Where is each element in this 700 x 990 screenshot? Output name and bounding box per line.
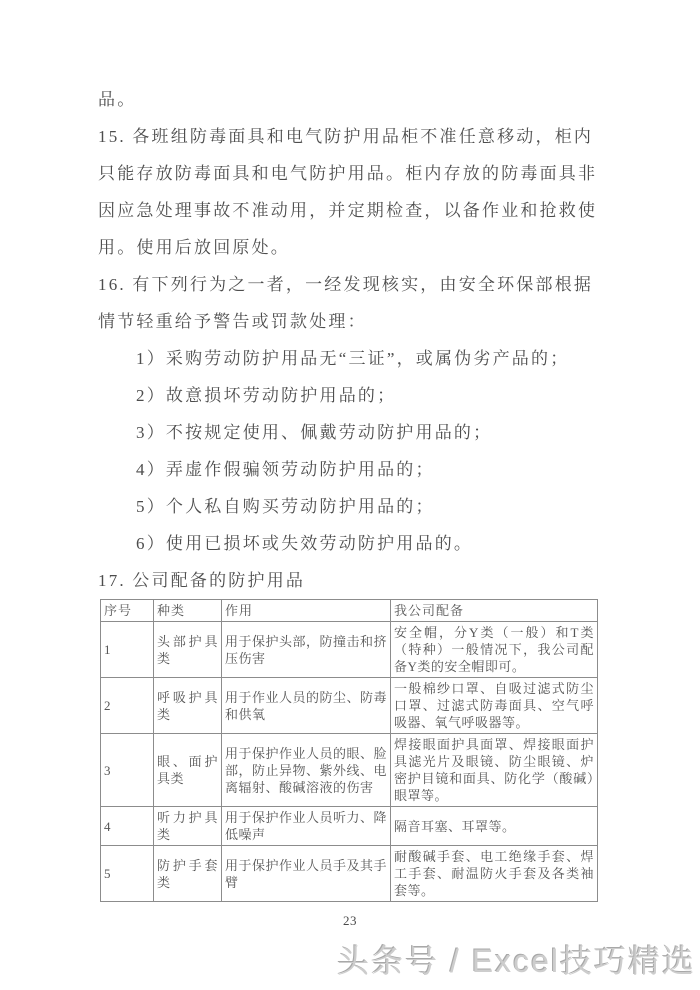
column-header-category: 种类 <box>154 600 222 622</box>
cell-provision: 耐酸碱手套、电工绝缘手套、焊工手套、耐温防火手套及各类袖套等。 <box>391 846 598 902</box>
document-page: 品。 15. 各班组防毒面具和电气防护用品柜不准任意移动，柜内 只能存放防毒面具… <box>0 0 700 990</box>
protective-equipment-table: 序号 种类 作用 我公司配备 1 头部护具类 用于保护头部，防撞击和挤压伤害 安… <box>100 599 598 902</box>
column-header-provision: 我公司配备 <box>391 600 598 622</box>
table-row: 3 眼、面护具类 用于保护作业人员的眼、脸部，防止异物、紫外线、电离辐射、酸碱溶… <box>101 734 598 807</box>
cell-function: 用于保护作业人员手及其手臂 <box>222 846 391 902</box>
table-row: 1 头部护具类 用于保护头部，防撞击和挤压伤害 安全帽，分Y类（一般）和T类（特… <box>101 622 598 678</box>
column-header-function: 作用 <box>222 600 391 622</box>
cell-category: 防护手套类 <box>154 846 222 902</box>
text-line: 用。使用后放回原处。 <box>98 229 604 266</box>
body-text: 品。 15. 各班组防毒面具和电气防护用品柜不准任意移动，柜内 只能存放防毒面具… <box>98 81 604 599</box>
cell-provision: 焊接眼面护具面罩、焊接眼面护具滤光片及眼镜、防尘眼镜、炉密护目镜和面具、防化学（… <box>391 734 598 807</box>
cell-category: 头部护具类 <box>154 622 222 678</box>
text-line-item-17-title: 17. 公司配备的防护用品 <box>98 562 604 599</box>
cell-category: 呼吸护具类 <box>154 678 222 734</box>
cell-function: 用于保护作业人员听力、降低噪声 <box>222 807 391 846</box>
column-header-serial: 序号 <box>101 600 154 622</box>
cell-provision: 安全帽，分Y类（一般）和T类（特种）一般情况下，我公司配备Y类的安全帽即可。 <box>391 622 598 678</box>
text-line: 品。 <box>98 81 604 118</box>
text-line: 只能存放防毒面具和电气防护用品。柜内存放的防毒面具非 <box>98 155 604 192</box>
cell-function: 用于作业人员的防尘、防毒和供氧 <box>222 678 391 734</box>
table-header-row: 序号 种类 作用 我公司配备 <box>101 600 598 622</box>
cell-provision: 一般棉纱口罩、自吸过滤式防尘口罩、过滤式防毒面具、空气呼吸器、氧气呼吸器等。 <box>391 678 598 734</box>
cell-category: 眼、面护具类 <box>154 734 222 807</box>
cell-category: 听力护具类 <box>154 807 222 846</box>
table-row: 2 呼吸护具类 用于作业人员的防尘、防毒和供氧 一般棉纱口罩、自吸过滤式防尘口罩… <box>101 678 598 734</box>
watermark: 头条号 / Excel技巧精选 <box>337 936 696 982</box>
table-row: 4 听力护具类 用于保护作业人员听力、降低噪声 隔音耳塞、耳罩等。 <box>101 807 598 846</box>
text-line: 情节轻重给予警告或罚款处理： <box>98 303 604 340</box>
cell-serial: 4 <box>101 807 154 846</box>
cell-function: 用于保护作业人员的眼、脸部，防止异物、紫外线、电离辐射、酸碱溶液的伤害 <box>222 734 391 807</box>
cell-provision: 隔音耳塞、耳罩等。 <box>391 807 598 846</box>
cell-serial: 3 <box>101 734 154 807</box>
text-line: 因应急处理事故不准动用，并定期检查，以备作业和抢救使 <box>98 192 604 229</box>
cell-serial: 1 <box>101 622 154 678</box>
cell-serial: 2 <box>101 678 154 734</box>
text-line-item-15: 15. 各班组防毒面具和电气防护用品柜不准任意移动，柜内 <box>98 118 604 155</box>
list-item-6: 6）使用已损坏或失效劳动防护用品的。 <box>98 525 604 562</box>
page-number: 23 <box>0 913 700 929</box>
cell-function: 用于保护头部，防撞击和挤压伤害 <box>222 622 391 678</box>
text-line-item-16: 16. 有下列行为之一者，一经发现核实，由安全环保部根据 <box>98 266 604 303</box>
list-item-1: 1）采购劳动防护用品无“三证”，或属伪劣产品的； <box>98 340 604 377</box>
table-row: 5 防护手套类 用于保护作业人员手及其手臂 耐酸碱手套、电工绝缘手套、焊工手套、… <box>101 846 598 902</box>
list-item-2: 2）故意损坏劳动防护用品的； <box>98 377 604 414</box>
cell-serial: 5 <box>101 846 154 902</box>
list-item-4: 4）弄虚作假骗领劳动防护用品的； <box>98 451 604 488</box>
list-item-5: 5）个人私自购买劳动防护用品的； <box>98 488 604 525</box>
list-item-3: 3）不按规定使用、佩戴劳动防护用品的； <box>98 414 604 451</box>
